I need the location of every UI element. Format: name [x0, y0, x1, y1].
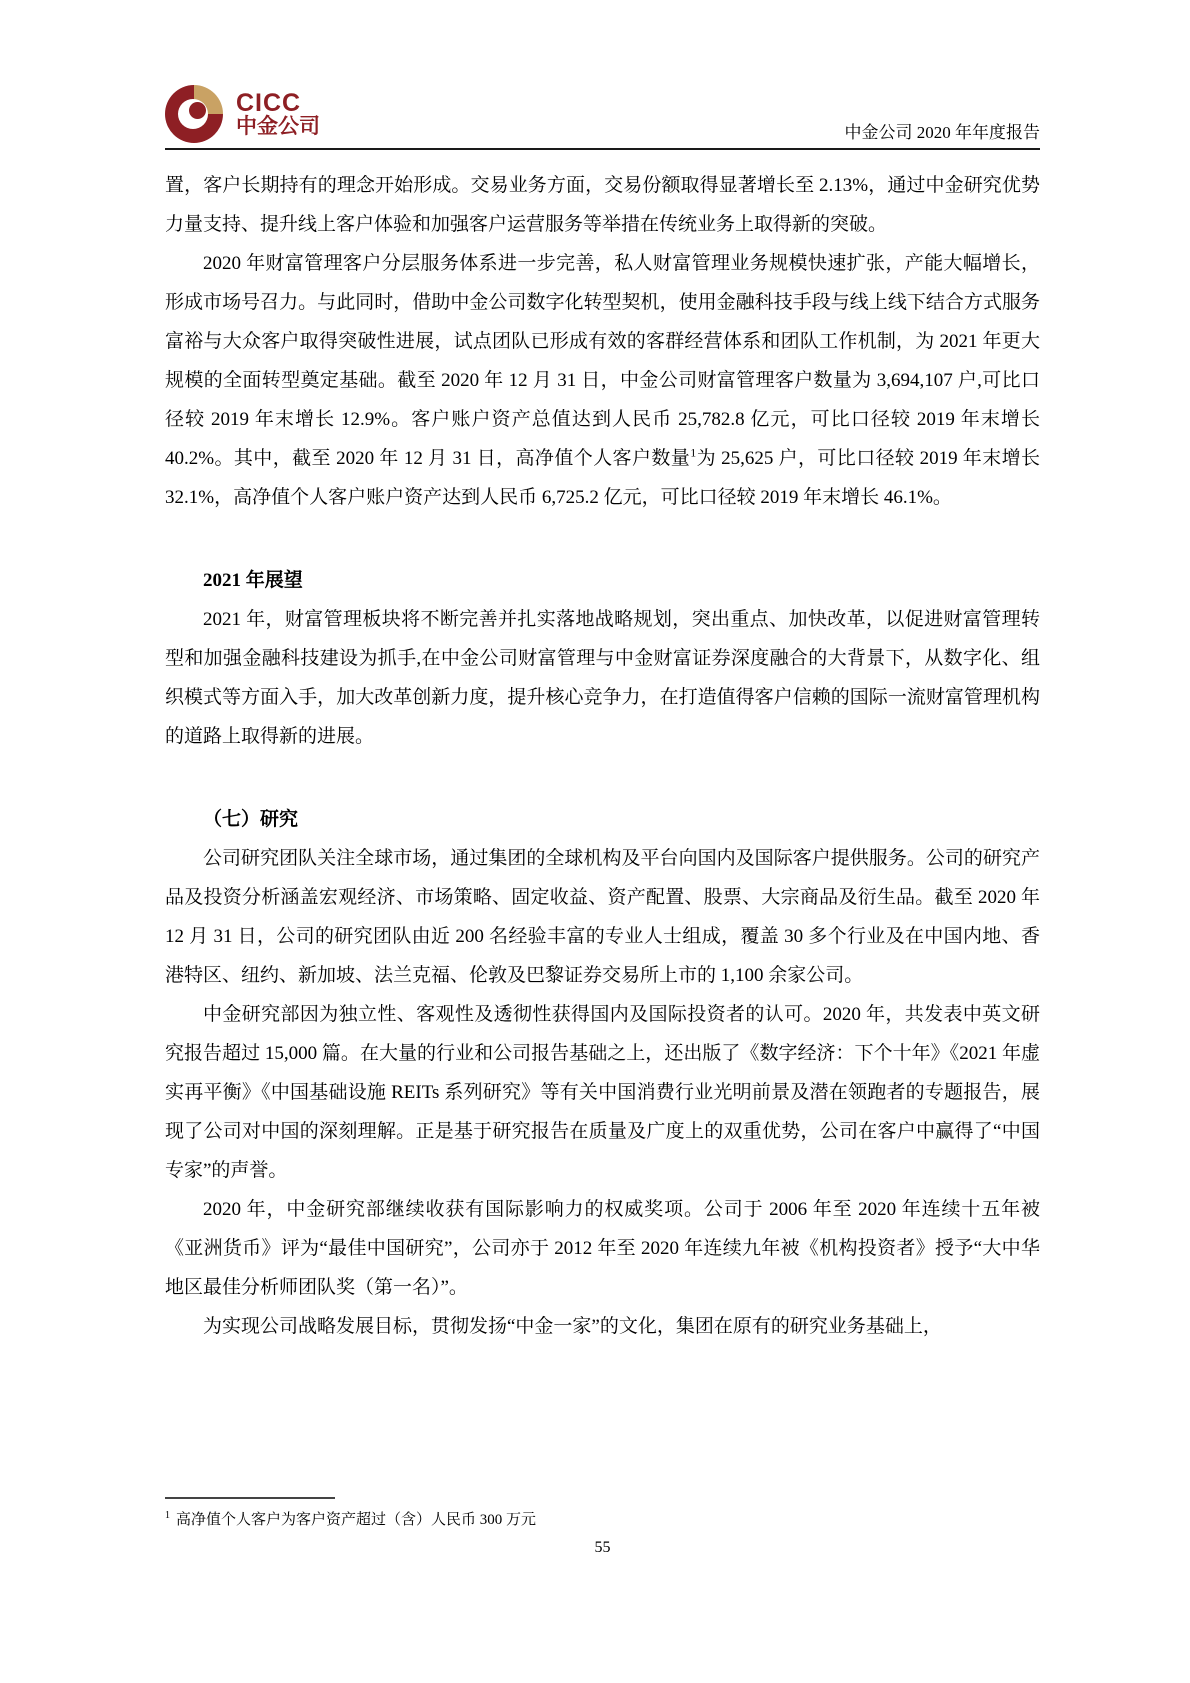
- paragraph-research-reports: 中金研究部因为独立性、客观性及透彻性获得国内及国际投资者的认可。2020 年，共…: [165, 995, 1040, 1190]
- paragraph-research-overview: 公司研究团队关注全球市场，通过集团的全球机构及平台向国内及国际客户提供服务。公司…: [165, 839, 1040, 995]
- logo-latin-text: CICC: [236, 90, 320, 116]
- report-page: CICC 中金公司 中金公司 2020 年年度报告 置，客户长期持有的理念开始形…: [0, 0, 1190, 1683]
- cicc-logo: CICC 中金公司: [165, 85, 320, 145]
- paragraph-wealth-part1: 2020 年财富管理客户分层服务体系进一步完善，私人财富管理业务规模快速扩张，产…: [165, 253, 1040, 469]
- page-number: 55: [165, 1539, 1040, 1557]
- footnote-marker: 1: [165, 1510, 170, 1521]
- paragraph-research-awards: 2020 年，中金研究部继续收获有国际影响力的权威奖项。公司于 2006 年至 …: [165, 1190, 1040, 1307]
- report-title: 中金公司 2020 年年度报告: [845, 118, 1041, 145]
- logo-chinese-text: 中金公司: [236, 116, 320, 138]
- footnote: 1高净值个人客户为客户资产超过（含）人民币 300 万元: [165, 1505, 1040, 1531]
- cicc-logo-text: CICC 中金公司: [236, 90, 320, 138]
- paragraph-continuation: 置，客户长期持有的理念开始形成。交易业务方面，交易份额取得显著增长至 2.13%…: [165, 166, 1040, 244]
- paragraph-research-strategy: 为实现公司战略发展目标，贯彻发扬“中金一家”的文化，集团在原有的研究业务基础上，: [165, 1307, 1040, 1346]
- footnote-divider: [165, 1497, 335, 1499]
- page-header: CICC 中金公司 中金公司 2020 年年度报告: [165, 85, 1040, 150]
- cicc-logo-icon: [165, 85, 223, 143]
- heading-research-section: （七）研究: [165, 800, 1040, 839]
- paragraph-outlook: 2021 年，财富管理板块将不断完善并扎实落地战略规划，突出重点、加快改革，以促…: [165, 600, 1040, 756]
- heading-2021-outlook: 2021 年展望: [165, 561, 1040, 600]
- paragraph-wealth-management: 2020 年财富管理客户分层服务体系进一步完善，私人财富管理业务规模快速扩张，产…: [165, 244, 1040, 517]
- document-body: 置，客户长期持有的理念开始形成。交易业务方面，交易份额取得显著增长至 2.13%…: [165, 166, 1040, 1346]
- page-footer: 1高净值个人客户为客户资产超过（含）人民币 300 万元 55: [165, 1497, 1040, 1557]
- footnote-text: 高净值个人客户为客户资产超过（含）人民币 300 万元: [176, 1512, 536, 1528]
